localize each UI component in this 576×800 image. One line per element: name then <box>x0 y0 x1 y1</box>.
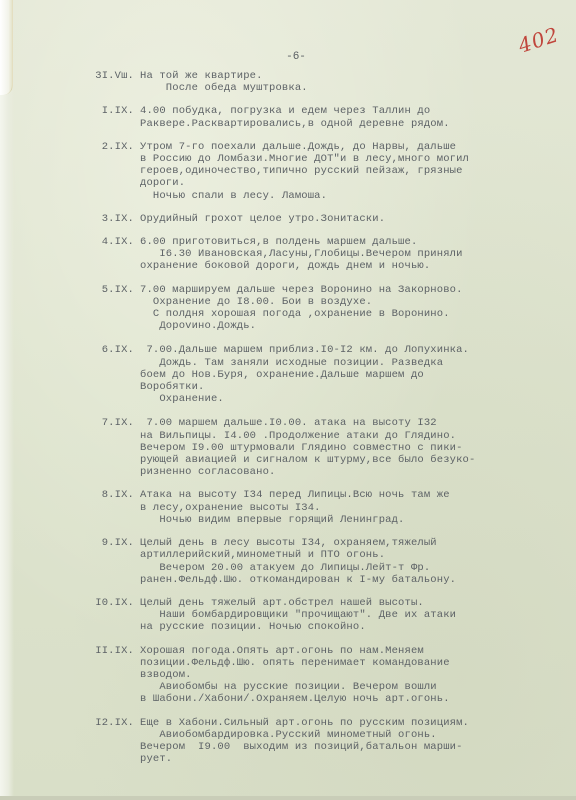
diary-entry: 3I.Ѵш.На той же квартире. После обеда му… <box>82 70 562 94</box>
entry-text: Еще в Хабони.Сильный арт.огонь по русски… <box>140 717 562 766</box>
diary-entry: I2.IX.Еще в Хабони.Сильный арт.огонь по … <box>82 717 562 766</box>
entry-date: II.IX. <box>82 645 140 706</box>
entry-line: в лесу,охранение высоты I34. <box>140 502 562 514</box>
entry-line: ранен.Фельдф.Шю. откомандирован к I-му б… <box>140 574 562 586</box>
entry-line: Раквере.Расквартировались,в одной деревн… <box>140 118 562 130</box>
entry-text: 7.00 маршируем дальше через Воронино на … <box>140 284 562 333</box>
entry-text: 4.00 побудка, погрузка и едем через Талл… <box>140 105 562 129</box>
diary-entry: 3.IX.Орудийный грохот целое утро.Зонитас… <box>82 213 562 225</box>
entry-line: позиции.Фельдф.Шю. опять перенимает кома… <box>140 657 562 669</box>
entry-text: Целый день в лесу высоты I34, охраняем,т… <box>140 537 562 586</box>
entry-date: 5.IX. <box>82 284 140 333</box>
scanned-page: 402 -6- 3I.Ѵш.На той же квартире. После … <box>0 0 576 800</box>
entry-date: I.IX. <box>82 105 140 129</box>
entry-date: 8.IX. <box>82 489 140 526</box>
diary-entry: 2.IX.Утром 7-го поехали дальше.Дождь, до… <box>82 141 562 202</box>
entry-date: 3I.Ѵш. <box>82 70 140 94</box>
entry-date: 6.IX. <box>82 344 140 405</box>
entry-line: 6.00 приготовиться,в полдень маршем даль… <box>140 236 562 248</box>
entry-text: Орудийный грохот целое утро.Зонитаски. <box>140 213 562 225</box>
entry-line: Целый день в лесу высоты I34, охраняем,т… <box>140 537 562 549</box>
entry-line: Хорошая погода.Опять арт.огонь по нам.Ме… <box>140 645 562 657</box>
diary-entry: 7.IX. 7.00 маршем дальше.I0.00. атака на… <box>82 417 562 478</box>
entry-line: на русские позиции. Ночью спокойно. <box>140 621 562 633</box>
entry-line: взводом. <box>140 669 562 681</box>
entry-line: Дождь. Там заняли исходные позиции. Разв… <box>140 357 562 369</box>
entry-line: Атака на высоту I34 перед Липицы.Всю ноч… <box>140 489 562 501</box>
entry-line: Охранение. <box>140 393 562 405</box>
entry-text: Хорошая погода.Опять арт.огонь по нам.Ме… <box>140 645 562 706</box>
entry-line: артиллерийский,минометный и ПТО огонь. <box>140 549 562 561</box>
entry-date: 9.IX. <box>82 537 140 586</box>
torn-corner <box>0 0 13 95</box>
entry-text: Атака на высоту I34 перед Липицы.Всю ноч… <box>140 489 562 526</box>
entry-line: Вечером I9.00 штурмовали Глядино совмест… <box>140 442 562 454</box>
entry-line: С полдня хорошая погода ,охранение в Вор… <box>140 308 562 320</box>
entry-line: Ночью видим впервые горящий Ленинград. <box>140 514 562 526</box>
entry-date: 4.IX. <box>82 236 140 273</box>
entry-date: I2.IX. <box>82 717 140 766</box>
entry-line: 7.00 маршируем дальше через Воронино на … <box>140 284 562 296</box>
entry-date: 2.IX. <box>82 141 140 202</box>
diary-entry: 9.IX.Целый день в лесу высоты I34, охран… <box>82 537 562 586</box>
entry-line: Авиобомбардировка.Русский минометный ого… <box>140 729 562 741</box>
entry-line: После обеда муштровка. <box>140 82 562 94</box>
entry-line: 7.00 маршем дальше.I0.00. атака на высот… <box>140 417 562 429</box>
entry-text: 6.00 приготовиться,в полдень маршем даль… <box>140 236 562 273</box>
diary-entry: 4.IX.6.00 приготовиться,в полдень маршем… <box>82 236 562 273</box>
entry-line: Наши бомбардировщики "прочищают". Две их… <box>140 609 562 621</box>
entry-line: Еще в Хабони.Сильный арт.огонь по русски… <box>140 717 562 729</box>
entry-line: Целый день тяжелый арт.обстрел нашей выс… <box>140 597 562 609</box>
diary-entry: II.IX.Хорошая погода.Опять арт.огонь по … <box>82 645 562 706</box>
entry-line: 4.00 побудка, погрузка и едем через Талл… <box>140 105 562 117</box>
page-left-edge <box>0 0 14 800</box>
entry-text: Утром 7-го поехали дальше.Дождь, до Нарв… <box>140 141 562 202</box>
entry-line: Авиобомбы на русские позиции. Вечером во… <box>140 681 562 693</box>
entry-line: Воробятки. <box>140 381 562 393</box>
entry-text: 7.00 маршем дальше.I0.00. атака на высот… <box>140 417 562 478</box>
entry-line: Орудийный грохот целое утро.Зонитаски. <box>140 213 562 225</box>
diary-entry: 8.IX.Атака на высоту I34 перед Липицы.Вс… <box>82 489 562 526</box>
entry-date: 7.IX. <box>82 417 140 478</box>
page-bottom-edge <box>0 796 576 800</box>
entry-line: на Вильпицы. I4.00 .Продолжение атаки до… <box>140 430 562 442</box>
entry-line: рующей авиацией и сигналом к штурму,все … <box>140 454 562 466</box>
diary-entry: 5.IX.7.00 маршируем дальше через Воронин… <box>82 284 562 333</box>
diary-entry: I.IX.4.00 побудка, погрузка и едем через… <box>82 105 562 129</box>
entry-text: Целый день тяжелый арт.обстрел нашей выс… <box>140 597 562 634</box>
entry-line: дороги. <box>140 177 562 189</box>
entry-text: 7.00.Дальше маршем приблиз.I0-I2 км. до … <box>140 344 562 405</box>
entry-line: Ночью спали в лесу. Ламоша. <box>140 190 562 202</box>
diary-entry: I0.IX.Целый день тяжелый арт.обстрел наш… <box>82 597 562 634</box>
entry-date: I0.IX. <box>82 597 140 634</box>
entry-line: 7.00.Дальше маршем приблиз.I0-I2 км. до … <box>140 344 562 356</box>
entry-line: Дорovино.Дождь. <box>140 320 562 332</box>
entry-line: ризненно согласовано. <box>140 466 562 478</box>
entry-line: охранение боковой дороги, дождь днем и н… <box>140 260 562 272</box>
entry-line: Вечером I9.00 выходим из позиций,батальо… <box>140 741 562 753</box>
entry-line: На той же квартире. <box>140 70 562 82</box>
entry-line: рует. <box>140 753 562 765</box>
entry-text: На той же квартире. После обеда муштровк… <box>140 70 562 94</box>
entry-line: в Россию до Ломбази.Многие ДОТ"и в лесу,… <box>140 153 562 165</box>
diary-entry: 6.IX. 7.00.Дальше маршем приблиз.I0-I2 к… <box>82 344 562 405</box>
diary-entries: 3I.Ѵш.На той же квартире. После обеда му… <box>82 70 562 776</box>
entry-line: боем до Нов.Буря, охранение.Дальше марше… <box>140 369 562 381</box>
entry-line: I6.30 Ивановская,Ласуны,Глобицы.Вечером … <box>140 248 562 260</box>
entry-line: в Шабони./Хабони/.Охраняем.Целую ночь ар… <box>140 693 562 705</box>
entry-line: Охранение до I8.00. Бои в воздухе. <box>140 296 562 308</box>
entry-date: 3.IX. <box>82 213 140 225</box>
entry-line: Утром 7-го поехали дальше.Дождь, до Нарв… <box>140 141 562 153</box>
entry-line: героев,одиночество,типично русский пейза… <box>140 165 562 177</box>
entry-line: Вечером 20.00 атакуем до Липицы.Лейт-т Ф… <box>140 562 562 574</box>
page-number: -6- <box>0 51 576 63</box>
